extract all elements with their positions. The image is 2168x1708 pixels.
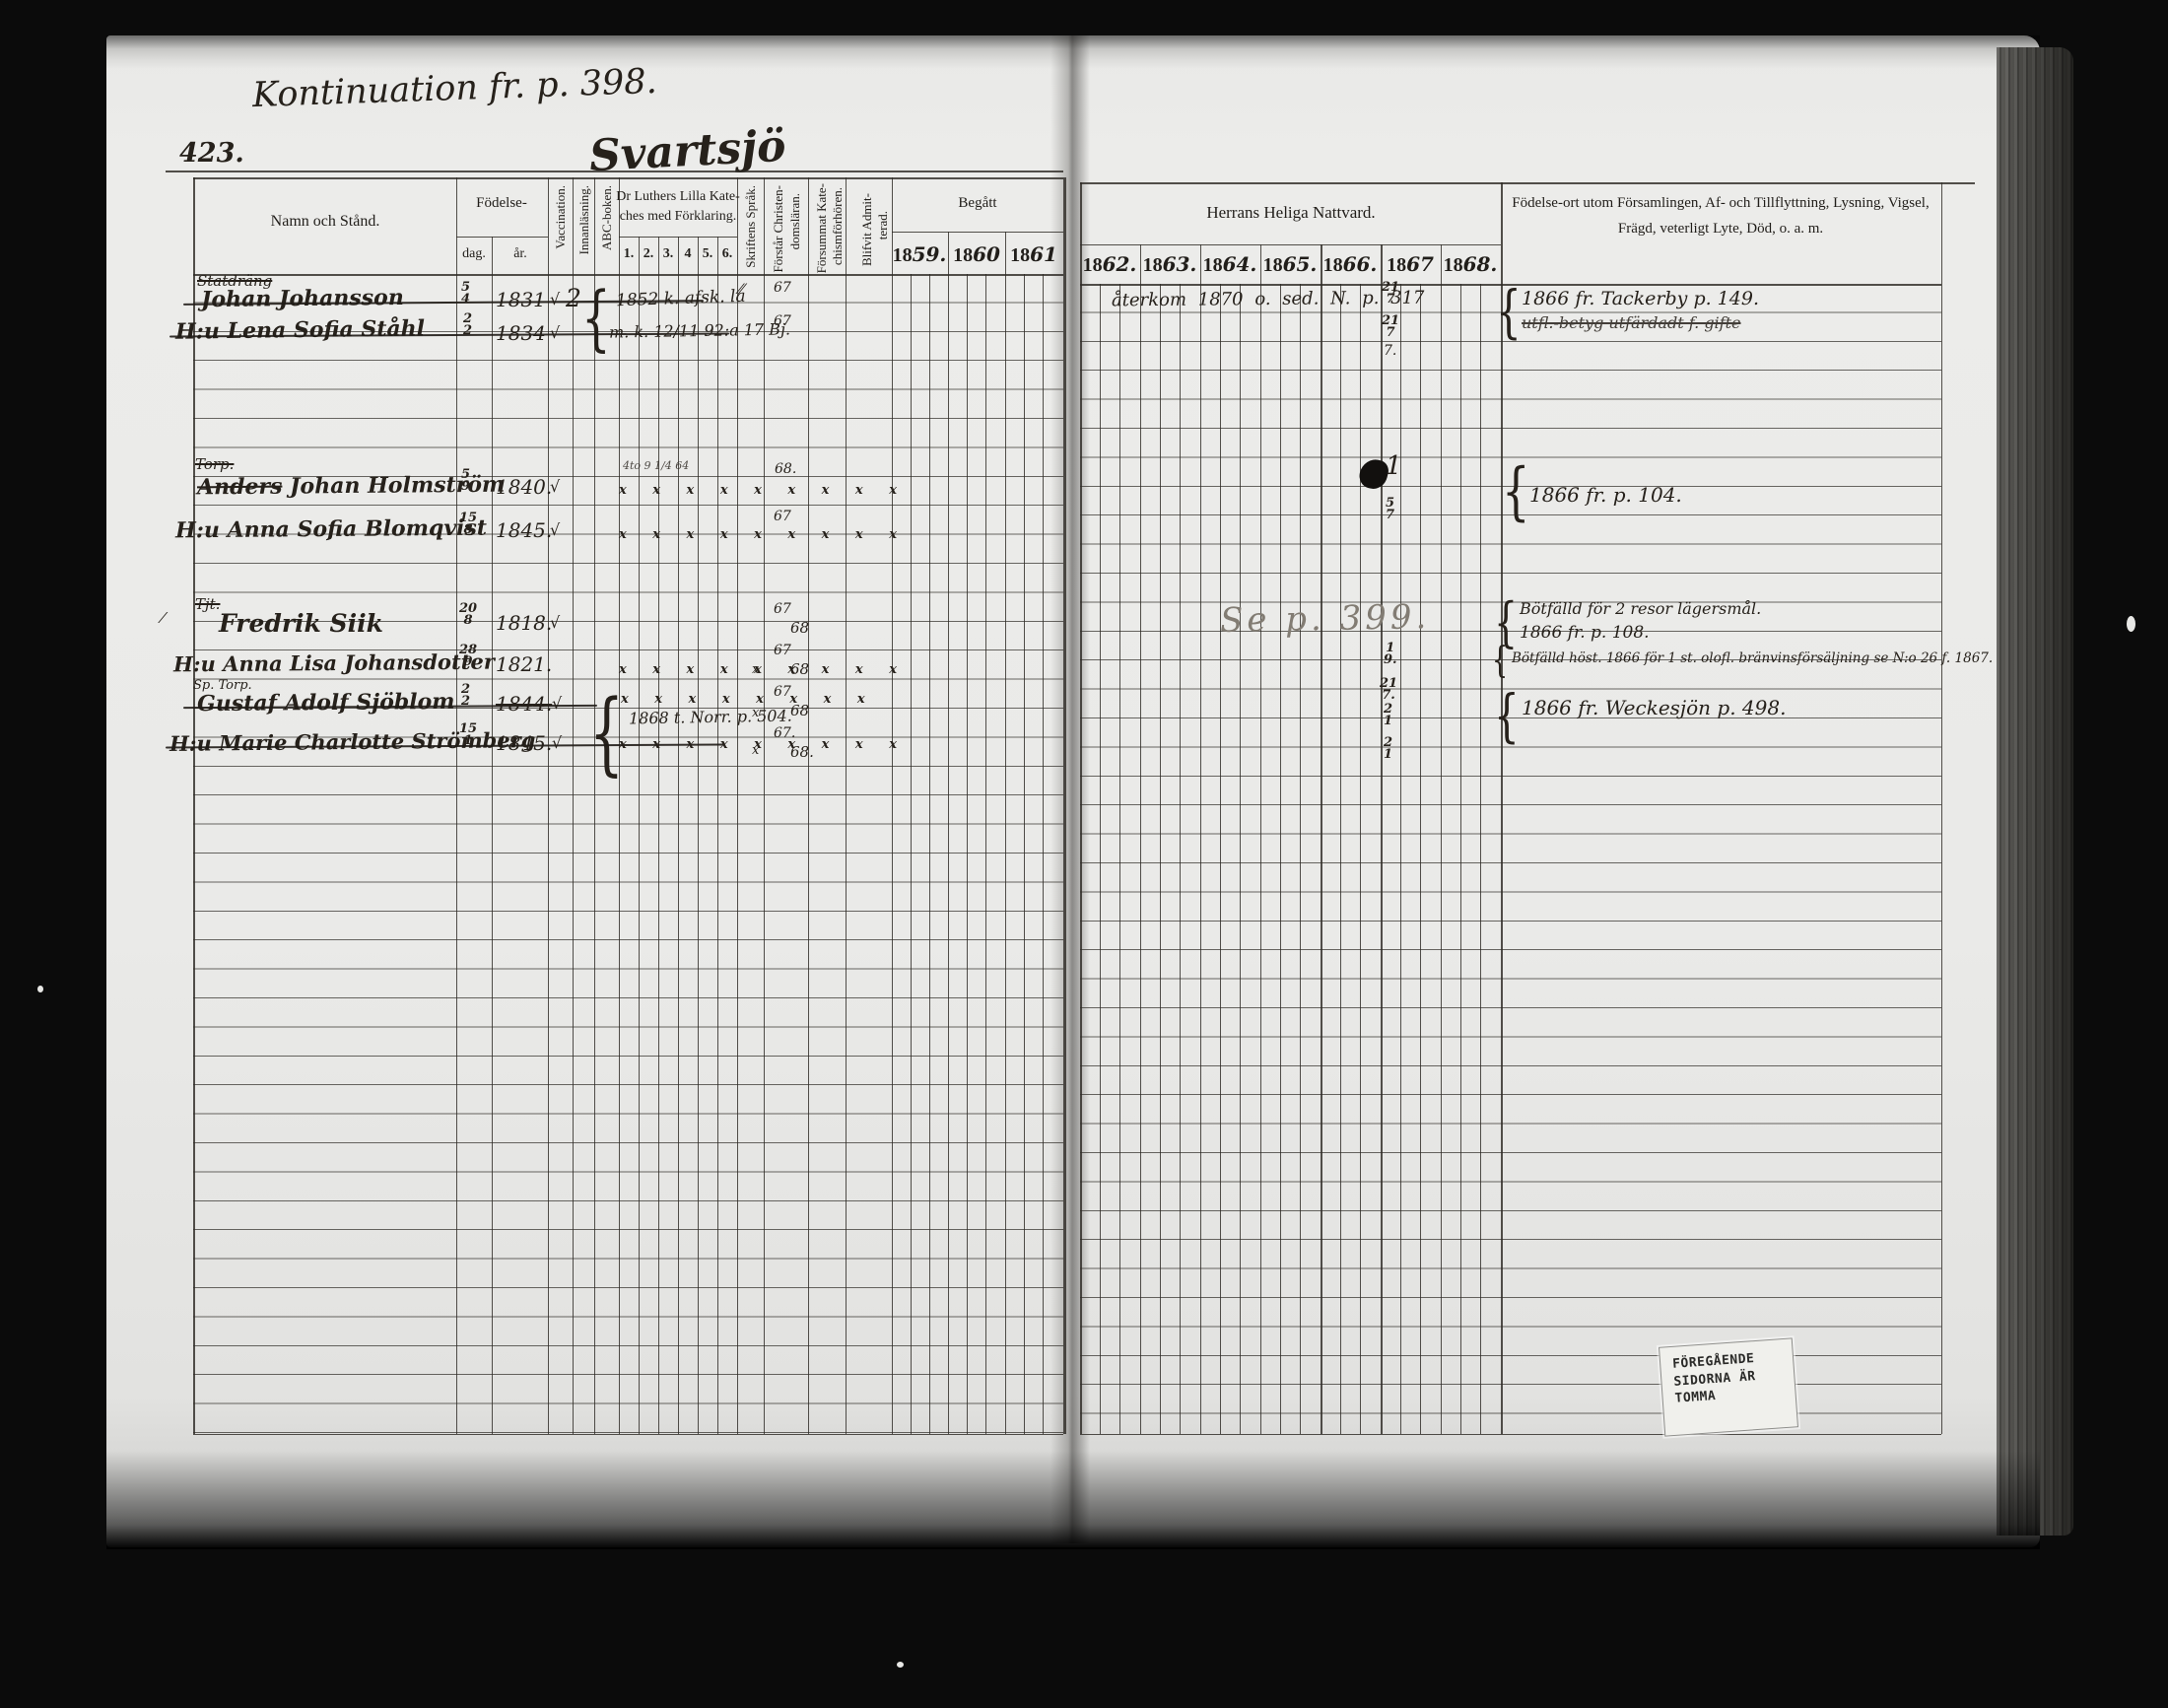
communion-fraction: 21 xyxy=(1384,704,1392,728)
grid-line xyxy=(1240,284,1241,1434)
title-underline xyxy=(166,171,1063,172)
grid-line xyxy=(1441,244,1442,1434)
grid-line xyxy=(639,237,640,1434)
kateches-marks: x x x x x x x x xyxy=(621,692,876,707)
scanned-book-spread: Kontinuation fr. p. 398. 423. Svartsjö N… xyxy=(0,0,2168,1708)
birth-day: 208 xyxy=(459,603,477,628)
forstar-year-2: 68 xyxy=(790,702,809,719)
grid-line xyxy=(1100,284,1101,1434)
communion-fraction: 217 xyxy=(1382,282,1399,307)
grid-line xyxy=(193,274,1063,276)
nattvard-note: återkom 1870 o. sed. N. p. 317 xyxy=(1112,288,1425,311)
grid-line xyxy=(1080,182,1975,184)
note-text: 1866 fr. Weckesjön p. 498. xyxy=(1522,696,1786,719)
scan-speck xyxy=(37,986,43,992)
year-1867: 1867 xyxy=(1387,252,1434,277)
grid-line xyxy=(492,237,493,1434)
grid-line xyxy=(1340,284,1341,1434)
grid-line xyxy=(1420,284,1421,1434)
col-header-begatt: Begått xyxy=(958,195,996,212)
grid-line xyxy=(1280,284,1281,1434)
vaccination-mark: √ xyxy=(550,613,560,632)
grid-line xyxy=(698,237,699,1434)
birth-year: 1818. xyxy=(496,611,552,635)
communion-fraction: 21 xyxy=(1384,737,1392,762)
grid-line xyxy=(1119,284,1120,1434)
grid-line xyxy=(1080,182,1082,1434)
note-text-small: Bötfälld höst. 1866 för 1 st. olofl. brä… xyxy=(1512,650,1993,666)
grid-line xyxy=(1200,244,1201,1434)
entry-group-label: Torp. xyxy=(195,455,234,473)
col-header-luther-1: Dr Luthers Lilla Kate- xyxy=(616,189,740,205)
grid-line xyxy=(764,177,765,1434)
col-header-skriftens-sprak: Skriftens Språk. xyxy=(743,185,759,268)
communion-fraction: 217 xyxy=(1382,315,1399,340)
kateches-note: m. k. 12/11 92:a 17 Bj. xyxy=(609,319,790,341)
birth-year: 1845. xyxy=(496,731,552,755)
grid-line xyxy=(1220,284,1221,1434)
grid-line xyxy=(948,232,949,1434)
grid-line xyxy=(1460,284,1461,1434)
entry-name: Fredrik Siik xyxy=(219,609,383,638)
entry-name: Gustaf Adolf Sjöblom xyxy=(197,689,455,717)
luther-col-4: 4 xyxy=(685,246,692,262)
birth-day: 151 xyxy=(459,723,477,748)
col-header-birth-year: år. xyxy=(513,246,527,262)
grid-line xyxy=(1480,284,1481,1434)
luther-col-1: 1. xyxy=(624,246,635,262)
forstar-year: 67 xyxy=(774,280,791,296)
birth-year: 1821. xyxy=(496,652,552,676)
grid-line xyxy=(1501,182,1503,1434)
birth-day: 289 xyxy=(459,645,477,669)
communion-fraction: 19. xyxy=(1384,643,1397,667)
pencil-reference: Se p. 399. xyxy=(1220,597,1431,641)
col-header-blifvit-1: Blifvit Admit- xyxy=(859,193,875,266)
grid-line xyxy=(1080,1434,1941,1435)
vaccination-mark: √ xyxy=(552,694,562,713)
grid-line xyxy=(1360,284,1361,1434)
grid-line xyxy=(573,177,574,1434)
kateches-marks: x x x x x x x x x xyxy=(619,527,908,542)
archive-label-slip: FÖREGÅENDE SIDORNA ÄR TOMMA xyxy=(1659,1337,1798,1436)
grid-line xyxy=(846,177,847,1434)
vaccination-mark: √ xyxy=(550,520,560,539)
col-header-luther-2: ches med Förklaring. xyxy=(620,209,737,225)
grid-line xyxy=(456,237,548,238)
margin-tick: ⁄ xyxy=(162,609,165,627)
grid-line xyxy=(193,177,195,1434)
grid-line xyxy=(1063,177,1066,1434)
birth-day: 22 xyxy=(463,313,472,338)
note-text: Bötfälld för 2 resor lägersmål. xyxy=(1520,599,1761,618)
vaccination-mark: √ xyxy=(552,733,562,752)
vaccination-mark: √ xyxy=(550,323,560,342)
entry-name: Johan Johansson xyxy=(201,285,404,312)
grid-line xyxy=(548,177,549,1434)
kateches-overnote: 4to 9 1/4 64 xyxy=(623,459,689,472)
col-header-nattvard: Herrans Heliga Nattvard. xyxy=(1206,203,1375,223)
col-header-notes-1: Födelse-ort utom Församlingen, Af- och T… xyxy=(1512,195,1929,212)
grid-line xyxy=(808,177,809,1434)
birth-year: 1845. xyxy=(496,518,552,542)
scan-speck xyxy=(897,1662,904,1668)
vaccination-extra: 2 xyxy=(566,284,581,312)
col-header-birth: Födelse- xyxy=(476,195,527,212)
grid-line xyxy=(658,237,659,1434)
kateches-marks: x x x x x x x x x xyxy=(619,737,908,752)
year-1859: 1859. xyxy=(893,242,947,267)
grid-line xyxy=(1941,182,1942,1434)
communion-fraction: 217. xyxy=(1380,678,1397,703)
grid-line xyxy=(929,274,930,1434)
luther-col-2: 2. xyxy=(644,246,654,262)
communion-fraction: 57 xyxy=(1386,498,1394,522)
note-text-struck: utfl.-betyg utfärdadt f. gifte xyxy=(1522,313,1741,332)
kateches-marks: x x x x x x x x x xyxy=(619,662,908,677)
birth-year: 1844. xyxy=(496,692,552,716)
page-number: 423. xyxy=(179,138,244,169)
year-1864: 1864. xyxy=(1203,252,1257,277)
grid-line xyxy=(892,177,893,1434)
col-header-name: Namn och Stånd. xyxy=(271,213,380,231)
forstar-year-2: 68 xyxy=(790,660,809,678)
forstar-year: 67 xyxy=(774,601,791,617)
luther-col-5: 5. xyxy=(703,246,713,262)
grid-line xyxy=(1005,232,1006,1434)
col-header-notes-2: Frägd, veterligt Lyte, Död, o. a. m. xyxy=(1618,221,1823,238)
grid-line xyxy=(456,177,457,1434)
row-brace: { xyxy=(581,276,611,359)
birth-day: 54 xyxy=(461,282,470,307)
kateches-overnote: 1868 t. Norr. p. 504. xyxy=(629,707,792,728)
grid-line xyxy=(717,237,718,1434)
col-header-abc-boken: ABC-boken. xyxy=(599,185,615,250)
year-1863: 1863. xyxy=(1143,252,1197,277)
entry-name: H:u Anna Lisa Johansdotter xyxy=(173,649,495,677)
note-brace: { xyxy=(1492,641,1508,681)
forstar-year: 68. xyxy=(775,461,796,477)
entry-name: H:u Anna Sofia Blomqvist xyxy=(175,515,487,544)
grid-line xyxy=(737,177,738,1434)
forstar-year-2: 68 xyxy=(790,619,809,637)
forstar-year: 67 xyxy=(774,684,791,700)
birth-day: 158 xyxy=(459,512,477,537)
skrift-mark: x xyxy=(752,662,759,677)
grid-line xyxy=(1300,284,1301,1434)
grid-line xyxy=(1140,244,1141,1434)
luther-col-3: 3. xyxy=(663,246,674,262)
col-header-forstar-1: Förstår Christen- xyxy=(771,185,786,272)
entry-name: H:u Marie Charlotte Strömberg xyxy=(169,727,536,756)
grid-line xyxy=(678,237,679,1434)
col-header-forsummat-1: Försummat Kate- xyxy=(814,183,830,273)
communion-fraction: 7. xyxy=(1384,343,1396,359)
col-header-forsummat-2: chismförhören. xyxy=(830,187,846,265)
row-brace: { xyxy=(589,680,624,786)
forstar-year: 67 xyxy=(774,313,791,329)
grid-line xyxy=(1024,274,1025,1434)
birth-year: 1840. xyxy=(496,475,552,499)
luther-col-6: 6. xyxy=(722,246,733,262)
note-brace: { xyxy=(1502,455,1530,528)
entry-name: H:u Lena Sofia Ståhl xyxy=(175,315,425,345)
page-block-edge xyxy=(1997,47,2073,1536)
forstar-year: 67 xyxy=(774,509,791,524)
note-brace: { xyxy=(1496,278,1522,345)
year-1861: 1861 xyxy=(1010,242,1057,267)
col-header-blifvit-2: terad. xyxy=(875,211,891,239)
grid-line xyxy=(1160,284,1161,1434)
note-text: 1866 fr. Tackerby p. 149. xyxy=(1522,288,1759,309)
year-1862: 1862. xyxy=(1083,252,1137,277)
birth-day: 59 xyxy=(461,469,470,494)
grid-line xyxy=(193,1434,1063,1435)
forstar-year-2: 68. xyxy=(790,743,814,761)
grid-line xyxy=(892,232,1063,233)
forstar-year: 67 xyxy=(774,643,791,658)
book-bottom-shadow xyxy=(106,1451,2040,1549)
grid-line xyxy=(1381,244,1383,1434)
grid-line xyxy=(619,237,737,238)
note-text: 1866 fr. p. 104. xyxy=(1529,483,1682,507)
skrift-mark: x xyxy=(752,743,759,758)
year-1865: 1865. xyxy=(1263,252,1318,277)
entry-name: Anders Johan Holmström xyxy=(197,472,505,501)
birth-day: 22 xyxy=(461,684,470,709)
col-header-innanlasning: Innanläsning. xyxy=(576,185,592,254)
vaccination-mark: √ xyxy=(550,477,560,496)
note-text: 1866 fr. p. 108. xyxy=(1520,623,1650,643)
left-page-row-ruling xyxy=(193,274,1063,1434)
grid-line xyxy=(1080,244,1501,245)
year-1866: 1866. xyxy=(1323,252,1378,277)
grid-line xyxy=(1180,284,1181,1434)
grid-line xyxy=(619,177,620,1434)
birth-year: 1834 xyxy=(496,321,546,345)
grid-line xyxy=(1321,244,1322,1434)
col-header-birth-day: dag. xyxy=(462,246,486,262)
grid-line xyxy=(911,274,912,1434)
forstar-year: 67. xyxy=(774,725,795,741)
col-header-forstar-2: domsläran. xyxy=(787,193,803,249)
note-brace: { xyxy=(1494,682,1520,749)
birth-year: 1831 xyxy=(496,288,546,311)
communion-tick: 1 xyxy=(1386,451,1402,481)
grid-line xyxy=(985,274,986,1434)
grid-line xyxy=(1260,244,1261,1434)
grid-line xyxy=(594,177,595,1434)
entry-group-label: Tjt. xyxy=(195,595,220,613)
grid-line xyxy=(1043,274,1044,1434)
vaccination-mark: √ xyxy=(550,290,560,308)
grid-line xyxy=(967,274,968,1434)
year-1860: 1860 xyxy=(953,242,1000,267)
skrift-marks: ⁄⁄ xyxy=(739,282,744,298)
scan-speck xyxy=(2127,616,2135,632)
kateches-marks: x x x x x x x x x xyxy=(619,483,908,498)
col-header-vaccination: Vaccination. xyxy=(553,185,569,249)
year-1868: 1868. xyxy=(1444,252,1498,277)
